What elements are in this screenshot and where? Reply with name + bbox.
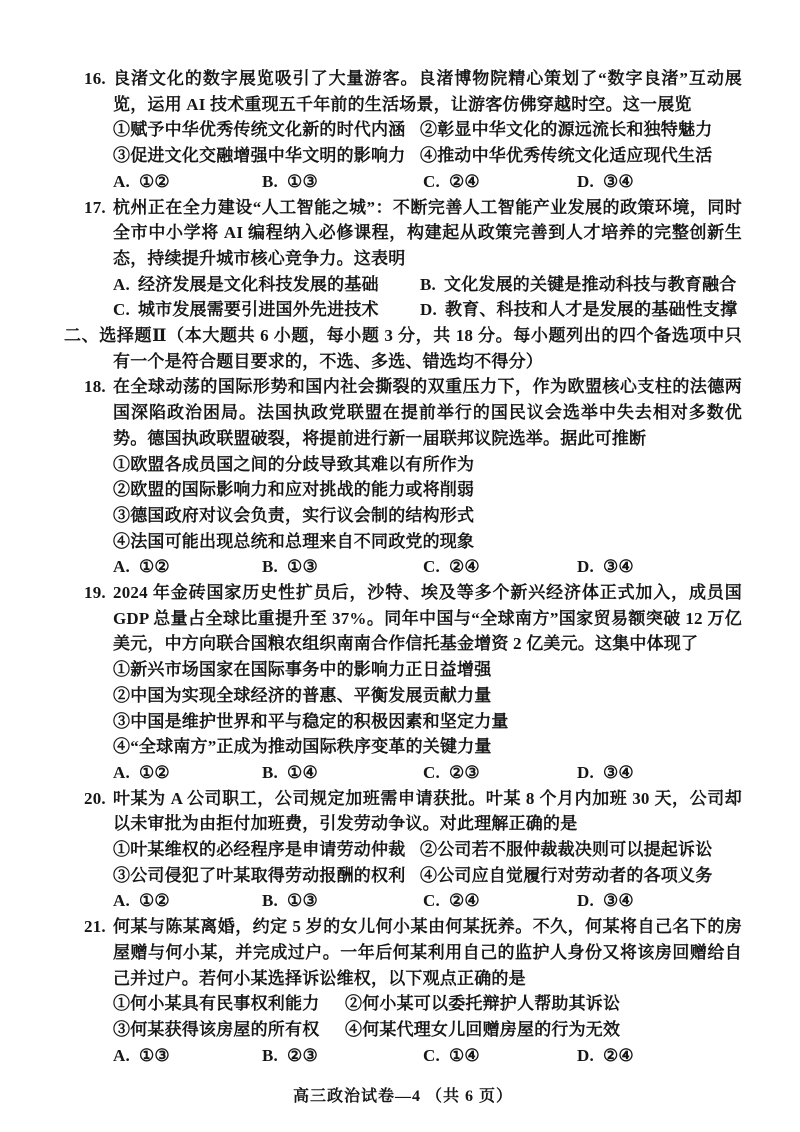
question-20-body: 叶某为 A 公司职工，公司规定加班需申请获批。叶某 8 个月内加班 30 天，公…	[113, 786, 742, 915]
question-19-item-4: ④“全球南方”正成为推动国际秩序变革的关键力量	[113, 734, 742, 760]
question-19-stem: 2024 年金砖国家历史性扩员后，沙特、埃及等多个新兴经济体正式加入，成员国 G…	[113, 580, 742, 657]
question-16-number: 16.	[84, 66, 113, 195]
question-17: 17. 杭州正在全力建设“人工智能之城”：不断完善人工智能产业发展的政策环境，同…	[84, 195, 742, 324]
question-21-item-1: ①何小某具有民事权利能力	[113, 991, 345, 1017]
question-20-choices: A.①② B.①③ C.②④ D.③④	[113, 888, 742, 914]
question-21-choices: A.①③ B.②③ C.①④ D.②④	[113, 1043, 742, 1069]
question-21-stem: 何某与陈某离婚，约定 5 岁的女儿何小某由何某抚养。不久，何某将自己名下的房屋赠…	[113, 914, 742, 991]
question-16-choice-a: A.①②	[113, 169, 170, 195]
question-20-items: ①叶某维权的必经程序是申请劳动仲裁 ②公司若不服仲裁裁决则可以提起诉讼 ③公司侵…	[113, 837, 742, 888]
question-19-number: 19.	[84, 580, 113, 786]
question-16-stem: 良渚文化的数字展览吸引了大量游客。良渚博物院精心策划了“数字良渚”互动展览，运用…	[113, 66, 742, 117]
page-footer: 高三政治试卷—4 （共 6 页）	[64, 1084, 742, 1110]
question-17-choice-a: A.经济发展是文化科技发展的基础	[113, 272, 420, 298]
question-17-choices: A.经济发展是文化科技发展的基础 B.文化发展的关键是推动科技与教育融合 C.城…	[113, 272, 742, 323]
question-20: 20. 叶某为 A 公司职工，公司规定加班需申请获批。叶某 8 个月内加班 30…	[84, 786, 742, 915]
question-19: 19. 2024 年金砖国家历史性扩员后，沙特、埃及等多个新兴经济体正式加入，成…	[84, 580, 742, 786]
question-21-number: 21.	[84, 914, 113, 1068]
question-19-item-1: ①新兴市场国家在国际事务中的影响力正日益增强	[113, 657, 742, 683]
question-20-choice-b: B.①③	[262, 888, 318, 914]
question-21-choice-d: D.②④	[577, 1043, 634, 1069]
question-20-item-2: ②公司若不服仲裁裁决则可以提起诉讼	[420, 837, 742, 863]
question-18-choice-d: D.③④	[577, 554, 634, 580]
question-20-item-4: ④公司应自觉履行对劳动者的各项义务	[420, 863, 742, 889]
question-18-item-3: ③德国政府对议会负责，实行议会制的结构形式	[113, 503, 742, 529]
question-20-stem: 叶某为 A 公司职工，公司规定加班需申请获批。叶某 8 个月内加班 30 天，公…	[113, 786, 742, 837]
question-21-choice-c: C.①④	[423, 1043, 480, 1069]
question-18-stem: 在全球动荡的国际形势和国内社会撕裂的双重压力下，作为欧盟核心支柱的法德两国深陷政…	[113, 374, 742, 451]
question-19-choices: A.①② B.①④ C.②③ D.③④	[113, 760, 742, 786]
question-19-choice-c: C.②③	[423, 760, 480, 786]
question-19-choice-d: D.③④	[577, 760, 634, 786]
question-17-stem: 杭州正在全力建设“人工智能之城”：不断完善人工智能产业发展的政策环境，同时全市中…	[113, 195, 742, 272]
question-18-choice-b: B.①③	[262, 554, 318, 580]
question-19-choice-a: A.①②	[113, 760, 170, 786]
question-21-item-3: ③何某获得该房屋的所有权	[113, 1017, 345, 1043]
question-18-item-1: ①欧盟各成员国之间的分歧导致其难以有所作为	[113, 452, 742, 478]
question-16-items: ①赋予中华优秀传统文化新的时代内涵 ②彰显中华文化的源远流长和独特魅力 ③促进文…	[113, 117, 742, 168]
question-21-choice-b: B.②③	[262, 1043, 318, 1069]
question-17-choice-d: D.教育、科技和人才是发展的基础性支撑	[420, 297, 742, 323]
question-18-choice-c: C.②④	[423, 554, 480, 580]
question-20-item-3: ③公司侵犯了叶某取得劳动报酬的权利	[113, 863, 420, 889]
question-20-choice-d: D.③④	[577, 888, 634, 914]
question-20-choice-a: A.①②	[113, 888, 170, 914]
question-18-item-2: ②欧盟的国际影响力和应对挑战的能力或将削弱	[113, 477, 742, 503]
question-20-item-1: ①叶某维权的必经程序是申请劳动仲裁	[113, 837, 420, 863]
question-18-item-4: ④法国可能出现总统和总理来自不同政党的现象	[113, 529, 742, 555]
question-21-item-2: ②何小某可以委托辩护人帮助其诉讼	[345, 991, 742, 1017]
question-18-items: ①欧盟各成员国之间的分歧导致其难以有所作为 ②欧盟的国际影响力和应对挑战的能力或…	[113, 452, 742, 555]
exam-page: 16. 良渚文化的数字展览吸引了大量游客。良渚博物院精心策划了“数字良渚”互动展…	[0, 0, 800, 1132]
question-20-number: 20.	[84, 786, 113, 915]
question-16-item-2: ②彰显中华文化的源远流长和独特魅力	[420, 117, 742, 143]
question-17-body: 杭州正在全力建设“人工智能之城”：不断完善人工智能产业发展的政策环境，同时全市中…	[113, 195, 742, 324]
question-18-choices: A.①② B.①③ C.②④ D.③④	[113, 554, 742, 580]
question-21-body: 何某与陈某离婚，约定 5 岁的女儿何小某由何某抚养。不久，何某将自己名下的房屋赠…	[113, 914, 742, 1068]
question-17-number: 17.	[84, 195, 113, 324]
question-20-choice-c: C.②④	[423, 888, 480, 914]
question-21: 21. 何某与陈某离婚，约定 5 岁的女儿何小某由何某抚养。不久，何某将自己名下…	[84, 914, 742, 1068]
question-16-choice-b: B.①③	[262, 169, 318, 195]
question-21-item-4: ④何某代理女儿回赠房屋的行为无效	[345, 1017, 742, 1043]
question-18-choice-a: A.①②	[113, 554, 170, 580]
question-19-item-2: ②中国为实现全球经济的普惠、平衡发展贡献力量	[113, 683, 742, 709]
question-16-choice-d: D.③④	[577, 169, 634, 195]
question-16-choice-c: C.②④	[423, 169, 480, 195]
question-16-item-1: ①赋予中华优秀传统文化新的时代内涵	[113, 117, 420, 143]
question-21-choice-a: A.①③	[113, 1043, 170, 1069]
question-16-body: 良渚文化的数字展览吸引了大量游客。良渚博物院精心策划了“数字良渚”互动展览，运用…	[113, 66, 742, 195]
question-18-body: 在全球动荡的国际形势和国内社会撕裂的双重压力下，作为欧盟核心支柱的法德两国深陷政…	[113, 374, 742, 580]
question-16: 16. 良渚文化的数字展览吸引了大量游客。良渚博物院精心策划了“数字良渚”互动展…	[84, 66, 742, 195]
question-17-choice-c: C.城市发展需要引进国外先进技术	[113, 297, 420, 323]
question-19-item-3: ③中国是维护世界和平与稳定的积极因素和坚定力量	[113, 709, 742, 735]
question-16-choices: A.①② B.①③ C.②④ D.③④	[113, 169, 742, 195]
question-18: 18. 在全球动荡的国际形势和国内社会撕裂的双重压力下，作为欧盟核心支柱的法德两…	[84, 374, 742, 580]
question-19-choice-b: B.①④	[262, 760, 318, 786]
question-16-item-4: ④推动中华优秀传统文化适应现代生活	[420, 143, 742, 169]
question-16-item-3: ③促进文化交融增强中华文明的影响力	[113, 143, 420, 169]
question-19-items: ①新兴市场国家在国际事务中的影响力正日益增强 ②中国为实现全球经济的普惠、平衡发…	[113, 657, 742, 760]
question-18-number: 18.	[84, 374, 113, 580]
section-2-heading: 二、选择题Ⅱ（本大题共 6 小题，每小题 3 分，共 18 分。每小题列出的四个…	[64, 323, 742, 374]
question-21-items: ①何小某具有民事权利能力 ②何小某可以委托辩护人帮助其诉讼 ③何某获得该房屋的所…	[113, 991, 742, 1042]
question-19-body: 2024 年金砖国家历史性扩员后，沙特、埃及等多个新兴经济体正式加入，成员国 G…	[113, 580, 742, 786]
question-17-choice-b: B.文化发展的关键是推动科技与教育融合	[420, 272, 742, 298]
